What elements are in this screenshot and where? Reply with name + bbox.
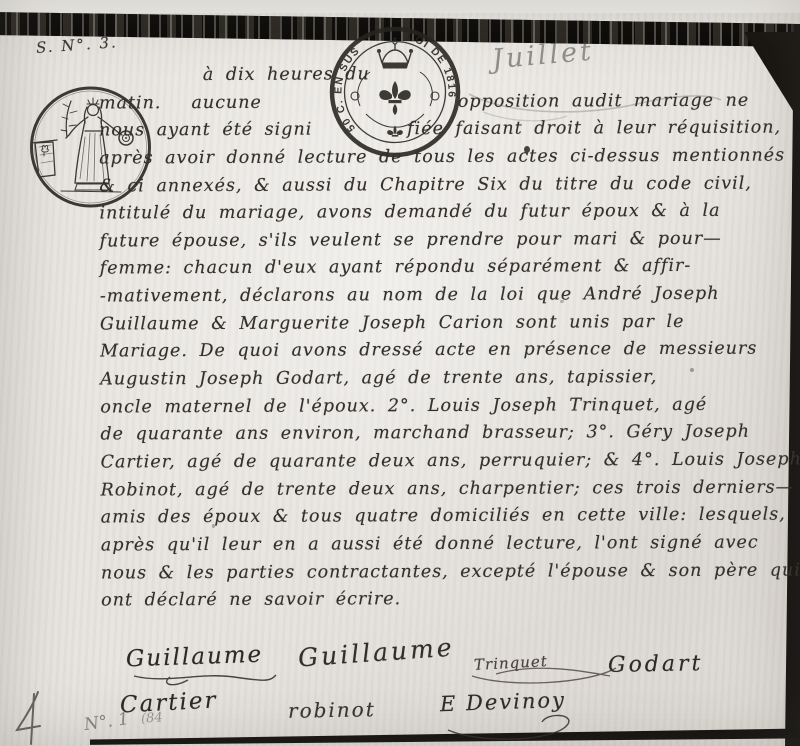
act-line: Mariage. De quoi avons dressé acte en pr… — [100, 336, 782, 367]
scan-top-margin — [0, 0, 800, 13]
series-number: S. N°. 3. — [35, 33, 118, 57]
signature-devinoy: E Devinoy — [440, 688, 567, 716]
act-line: après qu'il leur en a aussi été donné le… — [101, 529, 783, 560]
act-line: -mativement, déclarons au nom de la loi … — [100, 281, 782, 312]
signature-guillaume-father: Guillaume — [297, 633, 455, 673]
act-line: de quarante ans environ, marchand brasse… — [100, 419, 782, 450]
signature-guillaume-groom: Guillaume — [126, 642, 264, 673]
act-text: à dix heures du matin. aucune opposition… — [99, 60, 783, 616]
signature-trinquet: Trinquet — [474, 652, 549, 674]
bottom-page-edge-shadow — [90, 727, 800, 746]
margin-note: (84 — [141, 710, 164, 726]
act-line: future épouse, s'ils veulent se prendre … — [100, 225, 782, 256]
margin-act-number: N°. 1 — [83, 709, 130, 735]
act-line: amis des époux & tous quatre domiciliés … — [101, 502, 783, 533]
signature-robinot: robinot — [288, 697, 376, 723]
paper-blemish — [560, 300, 564, 303]
act-line: Robinot, agé de trente deux ans, charpen… — [101, 474, 783, 505]
document-scan-page: S. N°. 3. — [0, 0, 800, 746]
act-line: & ci annexés, & aussi du Chapitre Six du… — [99, 170, 781, 201]
act-line: oncle maternel de l'époux. 2°. Louis Jos… — [100, 391, 782, 422]
act-line: Augustin Joseph Godart, agé de trente an… — [100, 364, 782, 395]
act-line: intitulé du mariage, avons demandé du fu… — [99, 198, 781, 229]
act-line: à dix heures du — [99, 60, 781, 91]
stamp-gap — [262, 107, 458, 108]
act-line: nous & les parties contractantes, except… — [101, 557, 783, 588]
act-line: nous ayant été signi fiée faisant droit … — [99, 115, 781, 146]
paper-blemish — [690, 368, 694, 372]
act-line: matin. aucune opposition audit mariage n… — [99, 87, 781, 118]
signature-godart: Godart — [608, 651, 704, 678]
figure-head — [88, 105, 99, 116]
stray-pen-stroke — [10, 690, 50, 746]
act-line: femme: chacun d'eux ayant répondu séparé… — [100, 253, 782, 284]
act-line: Cartier, agé de quarante deux ans, perru… — [100, 446, 782, 477]
signature-cartier: Cartier — [119, 687, 218, 718]
act-line: Guillaume & Marguerite Joseph Carion son… — [100, 308, 782, 339]
paper-blemish — [212, 524, 215, 528]
act-line: ont déclaré ne savoir écrire. — [101, 585, 783, 616]
altar-hatch — [39, 145, 53, 163]
right-scan-band — [785, 24, 800, 746]
act-line: après avoir donné lecture de tous les ac… — [99, 142, 781, 173]
figure-crown — [87, 98, 99, 104]
